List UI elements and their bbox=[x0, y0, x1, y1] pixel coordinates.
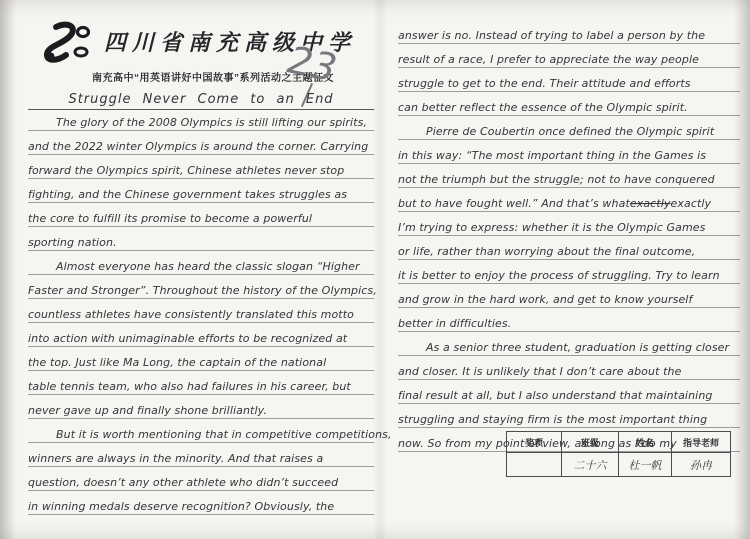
essay-line: Pierre de Coubertin once defined the Oly… bbox=[398, 116, 740, 140]
essay-line: table tennis team, who also had failures… bbox=[28, 371, 374, 395]
essay-line: and the 2022 winter Olympics is around t… bbox=[28, 131, 374, 155]
struck-word: exactly bbox=[630, 197, 671, 210]
essay-line: the top. Just like Ma Long, the captain … bbox=[28, 347, 374, 371]
essay-line-with-correction: but to have fought well.” And that’s wha… bbox=[398, 188, 740, 212]
value-award bbox=[507, 453, 562, 477]
essay-line: winners are always in the minority. And … bbox=[28, 443, 374, 467]
essay-line: answer is no. Instead of trying to label… bbox=[398, 20, 740, 44]
value-name: 杜一帆 bbox=[619, 453, 672, 477]
essay-line-text: but to have fought well.” And that’s wha… bbox=[398, 197, 630, 210]
essay-line: can better reflect the essence of the Ol… bbox=[398, 92, 740, 116]
header-award: 奖项 bbox=[507, 432, 562, 453]
essay-line: or life, rather than worrying about the … bbox=[398, 236, 740, 260]
school-calligraphy-logo-icon bbox=[38, 20, 96, 66]
essay-line: the core to fulfill its promise to becom… bbox=[28, 203, 374, 227]
essay-line: in this way: “The most important thing i… bbox=[398, 140, 740, 164]
essay-line: Faster and Stronger”. Throughout the his… bbox=[28, 275, 374, 299]
essay-line: The glory of the 2008 Olympics is still … bbox=[28, 107, 374, 131]
essay-line: it is better to enjoy the process of str… bbox=[398, 260, 740, 284]
essay-line: question, doesn’t any other athlete who … bbox=[28, 467, 374, 491]
award-info-table: 奖项 班级 姓名 指导老师 二十六 杜一帆 孙冉 bbox=[506, 431, 731, 477]
essay-line: better in difficulties. bbox=[398, 308, 740, 332]
value-teacher: 孙冉 bbox=[672, 453, 731, 477]
info-table-value-row: 二十六 杜一帆 孙冉 bbox=[507, 453, 731, 477]
essay-line: But it is worth mentioning that in compe… bbox=[28, 419, 374, 443]
header-name: 姓名 bbox=[619, 432, 672, 453]
header-teacher: 指导老师 bbox=[672, 432, 731, 453]
essay-line: forward the Olympics spirit, Chinese ath… bbox=[28, 155, 374, 179]
essay-line: in winning medals deserve recognition? O… bbox=[28, 491, 374, 515]
essay-line: sporting nation. bbox=[28, 227, 374, 251]
essay-line-text: exactly bbox=[671, 197, 712, 210]
essay-line: Almost everyone has heard the classic sl… bbox=[28, 251, 374, 275]
essay-line: result of a race, I prefer to appreciate… bbox=[398, 44, 740, 68]
essay-line: fighting, and the Chinese government tak… bbox=[28, 179, 374, 203]
essay-line: and grow in the hard work, and get to kn… bbox=[398, 284, 740, 308]
value-class: 二十六 bbox=[562, 453, 619, 477]
essay-line: into action with unimaginable efforts to… bbox=[28, 323, 374, 347]
essay-line: As a senior three student, graduation is… bbox=[398, 332, 740, 356]
essay-line: not the triumph but the struggle; not to… bbox=[398, 164, 740, 188]
essay-line: final result at all, but I also understa… bbox=[398, 380, 740, 404]
essay-left-page: The glory of the 2008 Olympics is still … bbox=[28, 107, 374, 515]
essay-line: countless athletes have consistently tra… bbox=[28, 299, 374, 323]
essay-line: never gave up and finally shone brillian… bbox=[28, 395, 374, 419]
scanned-essay-page: 四川省南充高级中学 南充高中“用英语讲好中国故事”系列活动之主题征文 23 St… bbox=[0, 0, 750, 539]
essay-line: and closer. It is unlikely that I don’t … bbox=[398, 356, 740, 380]
scan-edge-shadow-left bbox=[0, 0, 16, 539]
info-table-header-row: 奖项 班级 姓名 指导老师 bbox=[507, 432, 731, 453]
page-fold-line bbox=[372, 0, 388, 539]
essay-line: struggle to get to the end. Their attitu… bbox=[398, 68, 740, 92]
essay-right-page: answer is no. Instead of trying to label… bbox=[398, 20, 740, 452]
essay-line: I’m trying to express: whether it is the… bbox=[398, 212, 740, 236]
header-class: 班级 bbox=[562, 432, 619, 453]
essay-line: struggling and staying firm is the most … bbox=[398, 404, 740, 428]
